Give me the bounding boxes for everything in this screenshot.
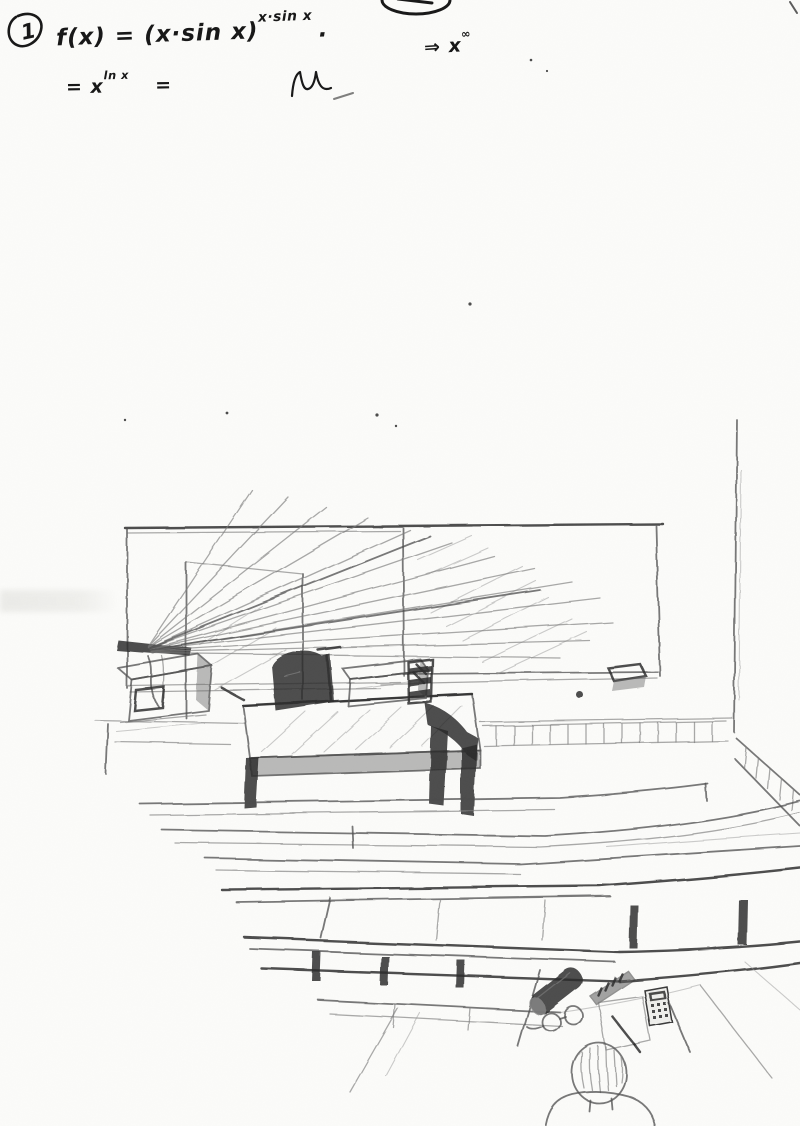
desk-rows	[140, 784, 800, 1030]
paper-specks	[124, 59, 800, 681]
cropped-circled-mark	[382, 0, 450, 14]
front-row	[245, 938, 800, 988]
pen-dash-mark	[334, 93, 353, 99]
platform-edge	[106, 724, 108, 774]
student-desk-items	[525, 964, 672, 1052]
paper-grain	[0, 0, 800, 1126]
desk-row-2	[162, 801, 800, 848]
desk-row-1	[140, 784, 708, 815]
scanned-page: 1 f(x) = (x·sin x)x·sin x. = xln x= ⇒ x∞	[0, 0, 800, 1126]
classroom-sketch	[0, 0, 800, 1126]
pencil-drawing	[95, 420, 800, 1126]
desk-left-leg	[244, 757, 259, 808]
wall-dot	[576, 691, 583, 698]
student-from-behind	[545, 1043, 655, 1126]
student-row	[318, 984, 700, 1030]
platform-line	[115, 742, 230, 744]
pen	[612, 1016, 640, 1052]
projector-box	[116, 654, 244, 731]
desk-row-4	[222, 868, 800, 948]
board-eraser	[608, 664, 646, 691]
hair-scribble	[581, 1046, 622, 1092]
ruler	[590, 971, 634, 1004]
w-squiggle-mark	[292, 72, 331, 96]
desk-row-3	[205, 833, 800, 874]
corner-pen-mark	[790, 2, 797, 13]
overhead-projector	[272, 647, 340, 711]
wall-base-line-left	[95, 720, 245, 723]
wall-corner	[734, 420, 741, 732]
